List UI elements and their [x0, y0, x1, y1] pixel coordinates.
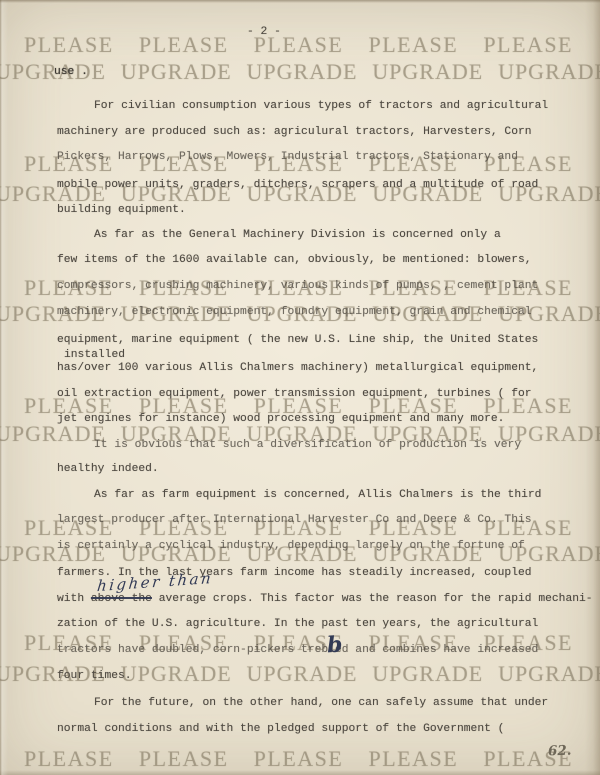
handwritten-letter-correction: b [326, 632, 343, 659]
typed-line: oil extraction equipment, power transmis… [57, 388, 532, 401]
handwritten-page-ref: 62. [548, 743, 572, 760]
typed-segment: average crops. This factor was the reaso… [152, 593, 593, 605]
typed-line: machinery are produced such as: agriculu… [57, 126, 532, 139]
typed-line: largest producer after International Har… [57, 514, 532, 527]
typed-line: building equipment. [57, 204, 186, 217]
typed-insertion-installed: installed [64, 349, 125, 362]
carryover-text: use . [54, 66, 88, 79]
typed-line: mobile power units, graders, ditchers, s… [57, 179, 538, 192]
typed-line: Pickers, Harrows, Plows, Mowers, Industr… [57, 151, 518, 164]
typed-line: normal conditions and with the pledged s… [57, 723, 504, 736]
typed-line: has/over 100 various Allis Chalmers mach… [57, 362, 538, 375]
typed-line: few items of the 1600 available can, obv… [57, 254, 532, 267]
typed-segment: with [57, 593, 91, 605]
typed-line: jet engines for instance) wood processin… [57, 413, 504, 426]
typed-line: tractors have doubled, corn-pickers treb… [57, 644, 538, 657]
typed-line: It is obvious that such a diversificatio… [94, 439, 521, 452]
page-number: - 2 - [247, 26, 281, 39]
typed-line: For the future, on the other hand, one c… [94, 697, 548, 710]
typed-line: As far as the General Machinery Division… [94, 229, 501, 242]
typed-line: is certainly a cyclical industry, depend… [57, 540, 525, 553]
typed-line: As far as farm equipment is concerned, A… [94, 489, 541, 502]
typed-line: compressors, crushing machinery, various… [57, 280, 538, 293]
typed-line: For civilian consumption various types o… [94, 100, 548, 113]
typed-text-layer: - 2 - use . For civilian consumption var… [0, 0, 600, 775]
scanned-document-page: PLEASEPLEASEPLEASEPLEASEPLEASEUPGRADEUPG… [0, 0, 600, 775]
typed-line: healthy indeed. [57, 463, 159, 476]
typed-line: machinery, electronic equipment, foundry… [57, 306, 532, 319]
typed-line: equipment, marine equipment ( the new U.… [57, 334, 538, 347]
typed-line: four times. [57, 670, 132, 683]
typed-line-with-strikeout: with above the average crops. This facto… [57, 593, 593, 606]
typed-line: zation of the U.S. agriculture. In the p… [57, 618, 538, 631]
